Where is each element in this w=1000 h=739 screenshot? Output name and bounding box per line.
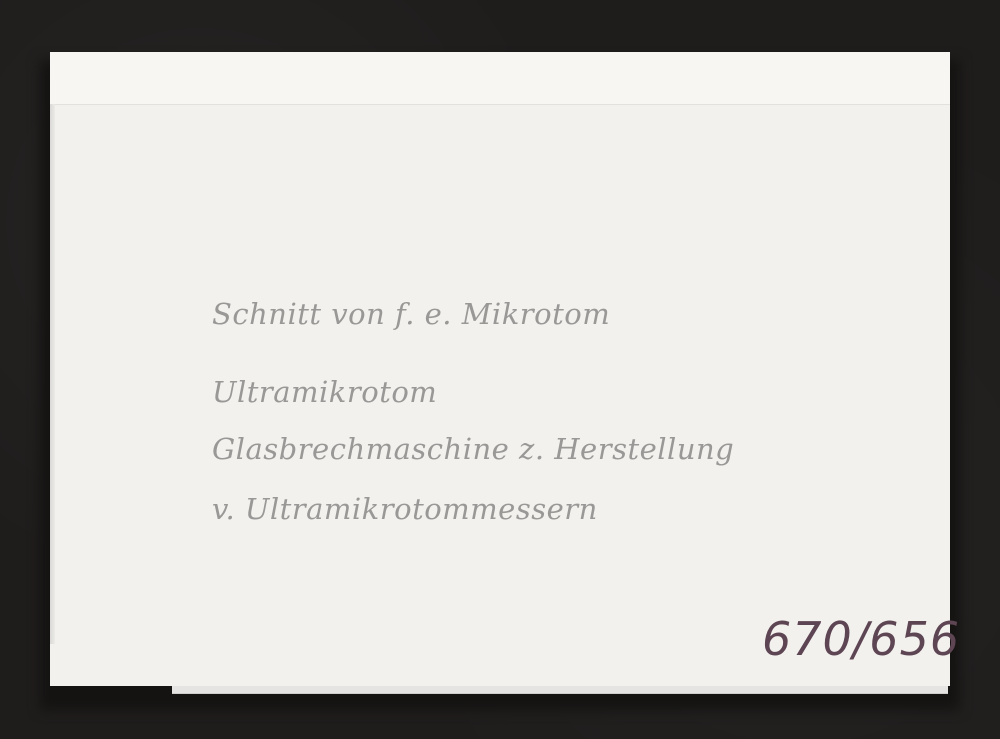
catalog-number: 670/656 [762,612,960,666]
card-left-edge [50,104,55,644]
note-line-1: Schnitt von f. e. Mikrotom [212,297,610,331]
note-line-2: Ultramikrotom [212,375,437,409]
archive-card: Schnitt von f. e. Mikrotom Ultramikrotom… [50,52,950,686]
note-line-4: v. Ultramikrotommessern [212,492,598,526]
note-line-3: Glasbrechmaschine z. Herstellung [212,432,734,466]
card-fold-band [50,52,950,105]
